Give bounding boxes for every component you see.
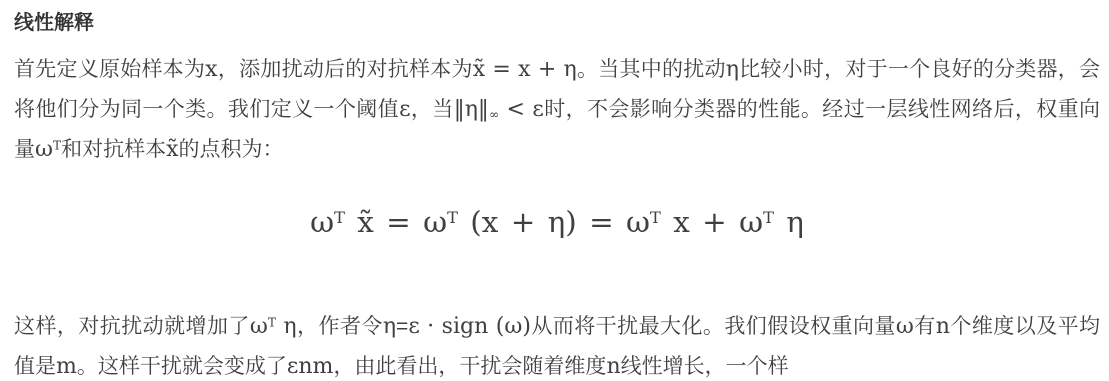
math-run: m	[56, 354, 77, 379]
math-run: n	[936, 314, 950, 339]
section-title: 线性解释	[14, 10, 1100, 36]
text-run: ，添加扰动后的对抗样本为	[218, 58, 473, 81]
text-run: 有	[914, 315, 936, 338]
math-run: (x + η) = ω	[458, 205, 650, 239]
text-run: 的点积为：	[179, 138, 284, 161]
math-run: T	[334, 208, 345, 227]
math-run: η	[774, 205, 804, 239]
math-run: T	[763, 208, 774, 227]
math-run: ε · sign (ω)	[408, 314, 531, 339]
math-run: x̃ = ω	[345, 205, 447, 239]
math-run: η	[726, 57, 739, 82]
math-run: ω	[250, 314, 268, 339]
text-run: 这样，对抗扰动就增加了	[14, 315, 250, 338]
display-equation: ωT x̃ = ωT (x + η) = ωT x + ωT η	[14, 200, 1100, 245]
math-run: x + ω	[661, 205, 763, 239]
text-run: 线性增长，一个样	[621, 355, 789, 378]
text-run: =	[396, 315, 408, 338]
math-run: T	[268, 315, 276, 329]
math-run: T	[650, 208, 661, 227]
paragraph-intro: 首先定义原始样本为x，添加扰动后的对抗样本为x̃ = x + η。当其中的扰动η…	[14, 50, 1100, 170]
paragraph-perturbation: 这样，对抗扰动就增加了ωT η，作者令η=ε · sign (ω)从而将干扰最大…	[14, 307, 1100, 381]
math-run: η	[383, 314, 396, 339]
math-run: η	[276, 314, 297, 339]
math-run: < ε	[499, 97, 544, 122]
math-run: ω	[896, 314, 914, 339]
math-run: x̃	[166, 137, 178, 162]
math-run: x̃ = x + η	[473, 57, 577, 82]
text-run: 和对抗样本	[61, 138, 166, 161]
math-run: x	[205, 57, 217, 82]
math-run: εnm	[287, 354, 334, 379]
math-run: T	[447, 208, 458, 227]
text-run: 首先定义原始样本为	[14, 58, 205, 81]
text-run: 。这样干扰就会变成了	[77, 355, 287, 378]
math-run: n	[606, 354, 620, 379]
math-run: ω	[310, 205, 334, 239]
math-run: ω	[35, 137, 53, 162]
text-run: ，作者令	[297, 315, 383, 338]
text-run: 从而将干扰最大化。我们假设权重向量	[531, 315, 896, 338]
math-run: ε	[399, 97, 410, 122]
text-run: ，由此看出，干扰会随着维度	[333, 355, 606, 378]
math-run: T	[53, 138, 61, 152]
math-run: ‖η‖	[454, 97, 489, 122]
text-run: 。当其中的扰动	[577, 58, 726, 81]
math-run: ∞	[489, 107, 499, 121]
text-run: ，当	[411, 98, 454, 121]
article-section: 线性解释 首先定义原始样本为x，添加扰动后的对抗样本为x̃ = x + η。当其…	[0, 0, 1109, 381]
